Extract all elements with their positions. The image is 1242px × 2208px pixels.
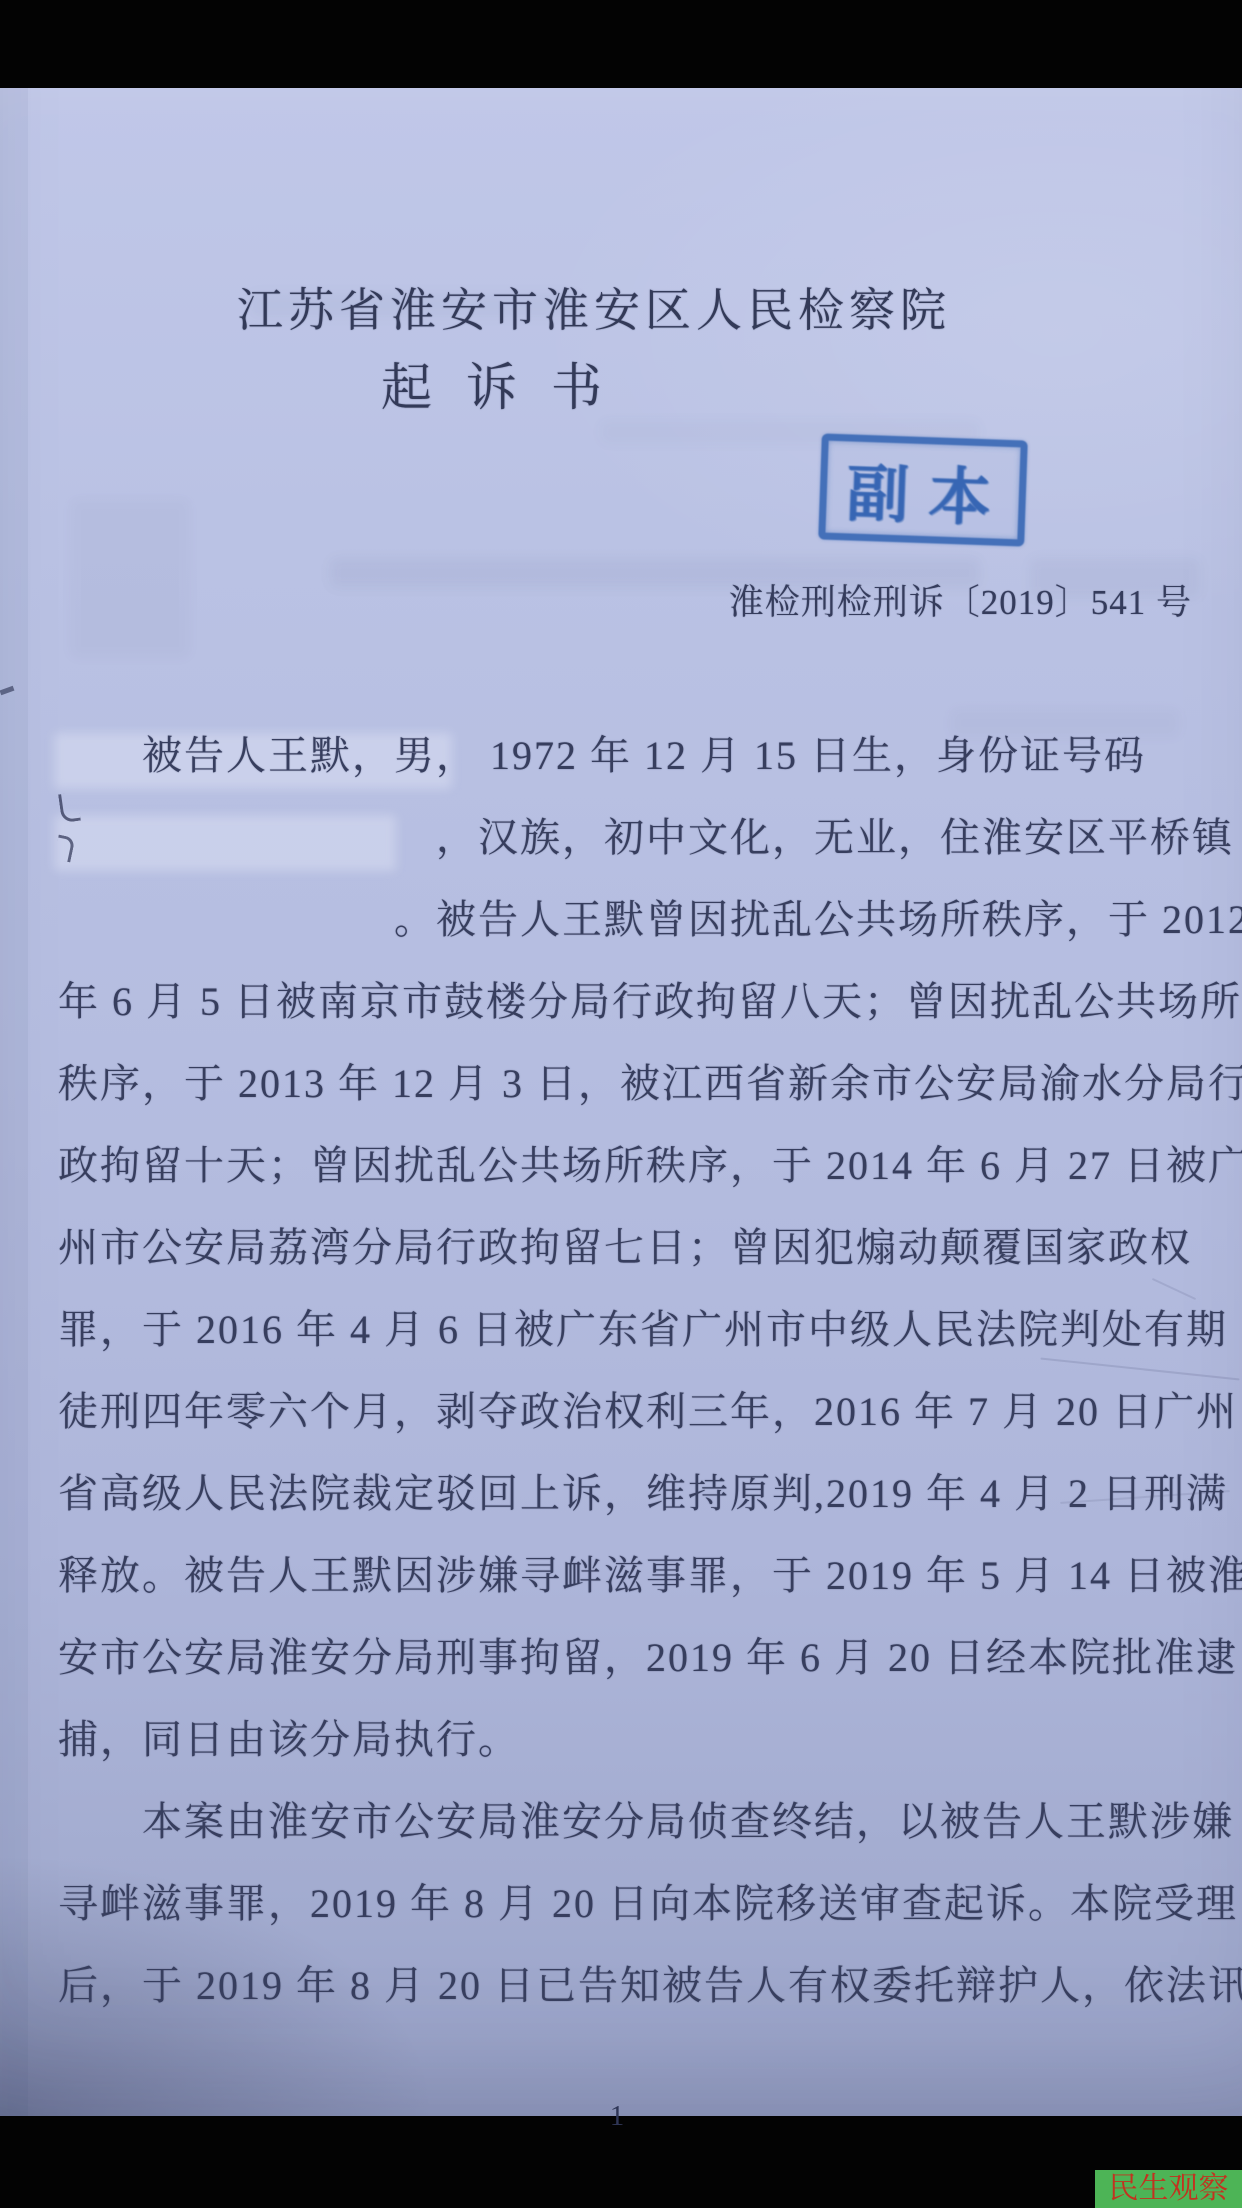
copy-stamp-label: 副本 [833, 442, 1012, 537]
body-line: 。被告人王默曾因扰乱公共场所秩序，于 2012 [58, 879, 1190, 961]
page-number: 1 [0, 2100, 1238, 2133]
body-line: 州市公安局荔湾分局行政拘留七日；曾因犯煽动颠覆国家政权 [58, 1207, 1190, 1289]
copy-stamp: 副本 [818, 433, 1028, 546]
body-line: 后，于 2019 年 8 月 20 日已告知被告人有权委托辩护人，依法讯 [58, 1945, 1190, 2027]
body-line: 捕，同日由该分局执行。 [58, 1699, 1190, 1781]
body-line: 政拘留十天；曾因扰乱公共场所秩序，于 2014 年 6 月 27 日被广 [58, 1125, 1190, 1207]
procuratorate-name: 江苏省淮安市淮安区人民检察院 [0, 274, 1215, 340]
body-line: 释放。被告人王默因涉嫌寻衅滋事罪，于 2019 年 5 月 14 日被淮 [58, 1535, 1190, 1617]
body-line: 安市公安局淮安分局刑事拘留，2019 年 6 月 20 日经本院批准逮 [58, 1617, 1190, 1699]
body-line: 寻衅滋事罪，2019 年 8 月 20 日向本院移送审查起诉。本院受理 [58, 1863, 1190, 1945]
body-line: 本案由淮安市公安局淮安分局侦查终结，以被告人王默涉嫌 [58, 1781, 1190, 1863]
bleed-through-smudge [70, 498, 190, 658]
body-line: 年 6 月 5 日被南京市鼓楼分局行政拘留八天；曾因扰乱公共场所 [58, 961, 1190, 1043]
body-line: 徒刑四年零六个月，剥夺政治权利三年，2016 年 7 月 20 日广州 [58, 1371, 1190, 1453]
paper-edge-shade [0, 88, 28, 2116]
watermark-label: 民生观察 [1109, 2170, 1229, 2208]
document-page: 江苏省淮安市淮安区人民检察院 起诉书 副本 淮检刑检刑诉〔2019〕541 号 … [0, 88, 1242, 2116]
document-title: 起诉书 [381, 346, 636, 420]
body-lines: 被告人王默，男， 1972 年 12 月 15 日生，身份证号码，汉族，初中文化… [58, 715, 1190, 2027]
body-line: 罪，于 2016 年 4 月 6 日被广东省广州市中级人民法院判处有期 [58, 1289, 1190, 1371]
body-line: 被告人王默，男， 1972 年 12 月 15 日生，身份证号码 [58, 715, 1190, 797]
screenshot-photo: 江苏省淮安市淮安区人民检察院 起诉书 副本 淮检刑检刑诉〔2019〕541 号 … [0, 0, 1242, 2208]
case-number: 淮检刑检刑诉〔2019〕541 号 [729, 575, 1192, 625]
body-line: ，汉族，初中文化，无业，住淮安区平桥镇 [58, 797, 1190, 879]
body-line: 秩序，于 2013 年 12 月 3 日，被江西省新余市公安局渝水分局行 [58, 1043, 1190, 1125]
body-line: 省高级人民法院裁定驳回上诉，维持原判,2019 年 4 月 2 日刑满 [58, 1453, 1190, 1535]
watermark-badge: 民生观察 [1095, 2170, 1242, 2208]
